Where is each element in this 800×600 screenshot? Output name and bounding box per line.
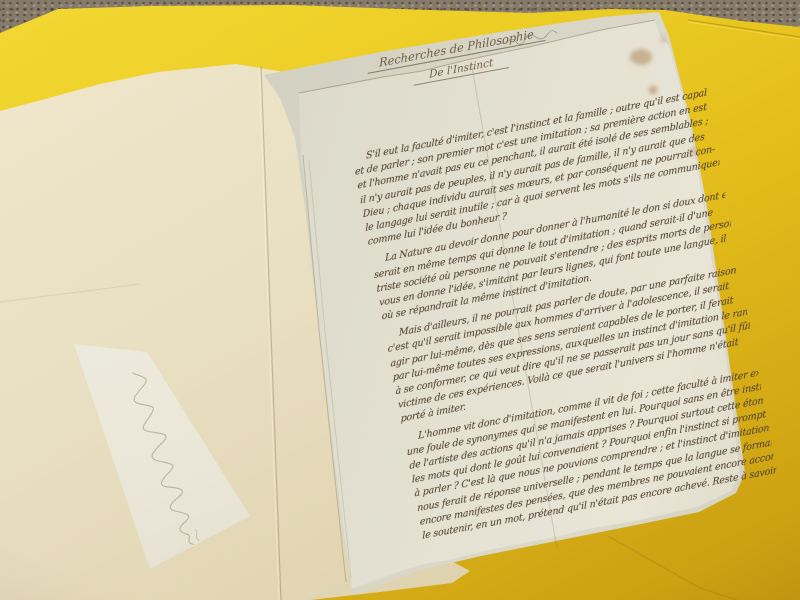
photo-of-manuscript: Recherches de Philosophie De l'Instinct …	[0, 0, 800, 600]
manuscript-body: S'il eut la faculté d'imiter, c'est l'in…	[350, 84, 792, 544]
